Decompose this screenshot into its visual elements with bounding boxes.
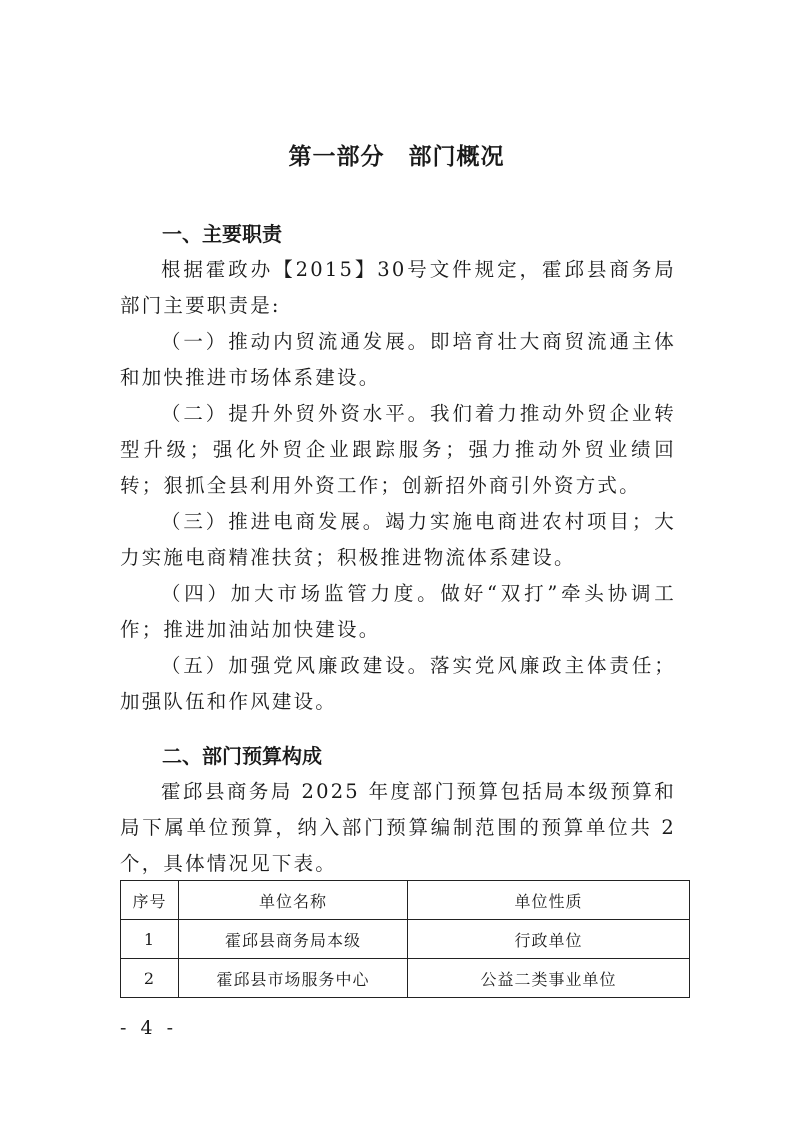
budget-units-table: 序号 单位名称 单位性质 1 霍邱县商务局本级 行政单位 2 霍邱县市场服务中心… [120, 880, 690, 998]
table-row: 1 霍邱县商务局本级 行政单位 [121, 920, 690, 959]
paragraph-duty-1: （一）推动内贸流通发展。即培育壮大商贸流通主体和加快推进市场体系建设。 [120, 324, 676, 396]
table-header-row: 序号 单位名称 单位性质 [121, 881, 690, 920]
paragraph-duty-4: （四）加大市场监管力度。做好“双打”牵头协调工作；推进加油站加快建设。 [120, 576, 676, 648]
section-heading-main-duties: 一、主要职责 [162, 218, 282, 247]
cell-seq: 1 [121, 920, 179, 959]
paragraph-intro: 根据霍政办【2015】30号文件规定，霍邱县商务局部门主要职责是: [120, 252, 676, 324]
table-row: 2 霍邱县市场服务中心 公益二类事业单位 [121, 959, 690, 998]
header-seq: 序号 [121, 881, 179, 920]
budget-composition-body: 霍邱县商务局 2025 年度部门预算包括局本级预算和局下属单位预算，纳入部门预算… [120, 774, 676, 882]
paragraph-duty-5: （五）加强党风廉政建设。落实党风廉政主体责任；加强队伍和作风建设。 [120, 648, 676, 720]
header-unit-name: 单位名称 [179, 881, 408, 920]
paragraph-duty-3: （三）推进电商发展。竭力实施电商进农村项目；大力实施电商精准扶贫；积极推进物流体… [120, 504, 676, 576]
section-heading-budget-composition: 二、部门预算构成 [162, 740, 322, 769]
page-title: 第一部分 部门概况 [0, 138, 793, 171]
paragraph-budget: 霍邱县商务局 2025 年度部门预算包括局本级预算和局下属单位预算，纳入部门预算… [120, 774, 676, 882]
main-duties-body: 根据霍政办【2015】30号文件规定，霍邱县商务局部门主要职责是: （一）推动内… [120, 252, 676, 720]
cell-unit-name: 霍邱县商务局本级 [179, 920, 408, 959]
paragraph-duty-2: （二）提升外贸外资水平。我们着力推动外贸企业转型升级；强化外贸企业跟踪服务；强力… [120, 396, 676, 504]
cell-unit-name: 霍邱县市场服务中心 [179, 959, 408, 998]
cell-unit-type: 行政单位 [408, 920, 690, 959]
cell-seq: 2 [121, 959, 179, 998]
page-number: - 4 - [120, 1017, 177, 1039]
cell-unit-type: 公益二类事业单位 [408, 959, 690, 998]
header-unit-type: 单位性质 [408, 881, 690, 920]
